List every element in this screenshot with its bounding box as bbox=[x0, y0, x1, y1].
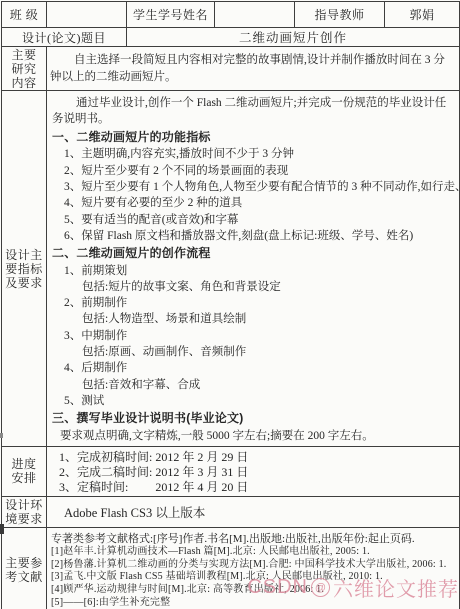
references-content: 专著类参考文献格式:[序号]作者.书名[M].出版地:出版社,出版年份:起止页码… bbox=[47, 527, 460, 609]
title-value: 二维动画短片创作 bbox=[127, 28, 460, 47]
references-row: 主要参 考文献 专著类参考文献格式:[序号]作者.书名[M].出版地:出版社,出… bbox=[2, 527, 460, 609]
scan-artifact bbox=[0, 524, 4, 534]
reference-item: [3]孟飞.中文版 Flash CS5 基础培训教程[M].北京: 人民邮电出版… bbox=[51, 571, 457, 584]
workflow-step-detail: 包括:短片的故事文案、角色和背景设定 bbox=[82, 279, 456, 295]
requirement-item: 4、短片要有必要的至少 2 种的道具 bbox=[64, 195, 456, 211]
requirements-intro: 通过毕业设计,创作一个 Flash 二维动画短片;并完成一份规范的毕业设计任务说… bbox=[52, 95, 455, 128]
section-heading-2: 二、二维动画短片的创作流程 bbox=[52, 244, 456, 263]
header-row: 班 级 学生学号姓名 指导教师 郭娟 bbox=[2, 2, 460, 28]
schedule-row: 进度 安排 1、完成初稿时间: 2012 年 2 月 29 日 2、完成二稿时间… bbox=[2, 447, 460, 497]
requirement-item: 1、主题明确,内容充实,播放时间不少于 3 分钟 bbox=[64, 146, 456, 162]
workflow-step: 3、中期制作 bbox=[64, 328, 456, 344]
research-row: 主要 研究 内容 自主选择一段简短且内容相对完整的故事剧情,设计并制作播放时间在… bbox=[2, 47, 460, 91]
requirement-item: 5、要有适当的配音(或音效)和字幕 bbox=[64, 212, 456, 228]
requirement-item: 6、保留 Flash 原文档和播放器文件,刻盘(盘上标记:班级、学号、姓名) bbox=[64, 228, 456, 244]
requirement-item: 2、短片至少要有 2 个不同的场景画面的表现 bbox=[64, 163, 456, 179]
reference-format-line: 专著类参考文献格式:[序号]作者.书名[M].出版地:出版社,出版年份:起止页码… bbox=[51, 532, 457, 546]
section-heading-1: 一、二维动画短片的功能指标 bbox=[52, 128, 456, 147]
research-label: 主要 研究 内容 bbox=[2, 47, 47, 91]
assignment-table: 班 级 学生学号姓名 指导教师 郭娟 设计(论文)题目 二维动画短片创作 主要 … bbox=[1, 1, 460, 609]
research-content: 自主选择一段简短且内容相对完整的故事剧情,设计并制作播放时间在 3 分钟以上的二… bbox=[47, 47, 460, 91]
student-value-empty bbox=[215, 2, 295, 28]
reference-item: [1]赵年丰.计算机动画技术—Flash 篇[M].北京: 人民邮电出版社, 2… bbox=[51, 546, 457, 559]
thesis-note: 要求观点明确,文字精炼,一般 5000 字左右;摘要在 200 字左右。 bbox=[60, 428, 456, 445]
workflow-step-detail: 包括:音效和字幕、合成 bbox=[82, 377, 456, 393]
requirement-item: 3、短片至少要有 1 个人物角色,人物至少要有配合情节的 3 种不同动作,如行走… bbox=[64, 179, 456, 195]
environment-row: 设计环 境要求 Adobe Flash CS3 以上版本 bbox=[2, 496, 460, 527]
reference-item: [5]——[6]:由学生补充完整 bbox=[51, 597, 457, 609]
schedule-item: 3、定稿时间: 2012 年 4 月 20 日 bbox=[59, 480, 459, 495]
class-value-empty bbox=[47, 2, 127, 28]
environment-value: Adobe Flash CS3 以上版本 bbox=[47, 496, 460, 527]
scan-artifact bbox=[0, 433, 3, 438]
workflow-step-detail: 包括:原画、动画制作、音频制作 bbox=[82, 344, 456, 360]
advisor-label: 指导教师 bbox=[295, 2, 385, 28]
workflow-step: 2、前期制作 bbox=[64, 295, 456, 311]
requirements-content: 通过毕业设计,创作一个 Flash 二维动画短片;并完成一份规范的毕业设计任务说… bbox=[47, 91, 460, 447]
title-label: 设计(论文)题目 bbox=[2, 28, 127, 47]
schedule-label: 进度 安排 bbox=[2, 447, 47, 497]
research-text: 自主选择一段简短且内容相对完整的故事剧情,设计并制作播放时间在 3 分钟以上的二… bbox=[47, 52, 459, 86]
class-label: 班 级 bbox=[2, 2, 47, 28]
reference-item: [4]顾严华.运动规律与时间[M].北京: 高等教育出版社, 2006: 1. bbox=[51, 584, 457, 597]
schedule-item: 1、完成初稿时间: 2012 年 2 月 29 日 bbox=[59, 450, 459, 465]
title-row: 设计(论文)题目 二维动画短片创作 bbox=[2, 28, 460, 47]
schedule-content: 1、完成初稿时间: 2012 年 2 月 29 日 2、完成二稿时间: 2012… bbox=[47, 447, 460, 497]
workflow-step: 5、测试 bbox=[64, 393, 456, 409]
student-label: 学生学号姓名 bbox=[127, 2, 215, 28]
requirements-label: 设计主 要指标 及要求 bbox=[2, 91, 47, 447]
assignment-form-page: 班 级 学生学号姓名 指导教师 郭娟 设计(论文)题目 二维动画短片创作 主要 … bbox=[0, 0, 460, 609]
schedule-item: 2、完成二稿时间: 2012 年 3 月 31 日 bbox=[59, 465, 459, 480]
environment-label: 设计环 境要求 bbox=[2, 496, 47, 527]
workflow-step-detail: 包括:人物造型、场景和道具绘制 bbox=[82, 311, 456, 327]
references-label: 主要参 考文献 bbox=[2, 527, 47, 609]
reference-item: [2]杨鲁藩.计算机二维动画的分类与实现方法[M].合肥: 中国科学技术大学出版… bbox=[51, 559, 457, 572]
advisor-name: 郭娟 bbox=[385, 2, 460, 28]
section-heading-3: 三、撰写毕业设计说明书(毕业论文) bbox=[52, 409, 456, 428]
workflow-step: 4、后期制作 bbox=[64, 360, 456, 376]
workflow-step: 1、前期策划 bbox=[64, 263, 456, 279]
requirements-row: 设计主 要指标 及要求 通过毕业设计,创作一个 Flash 二维动画短片;并完成… bbox=[2, 91, 460, 447]
